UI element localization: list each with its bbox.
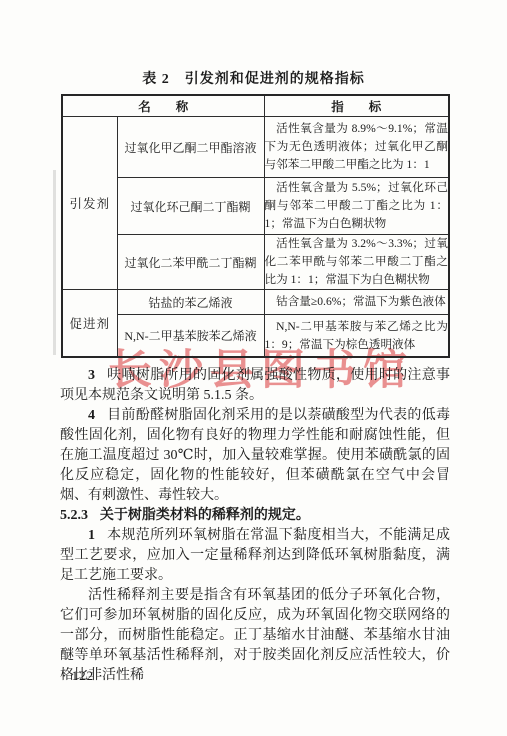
paragraph-text: 关于树脂类材料的稀释剂的规定。 (100, 508, 310, 523)
indicator-cell: 钴含量≥0.6%；常温下为紫色液体 (264, 290, 449, 315)
paragraph: 活性稀释剂主要是指含有环氧基团的低分子环氧化合物，它们可参加环氧树脂的固化反应，… (60, 586, 450, 686)
paragraph-text: 活性稀释剂主要是指含有环氧基团的低分子环氧化合物，它们可参加环氧树脂的固化反应，… (60, 588, 450, 683)
paragraph-text: 本规范所列环氧树脂在常温下黏度相当大，不能满足成型工艺要求，应加入一定量稀释剂达… (60, 528, 450, 583)
clause-number: 5.2.3 (60, 508, 88, 523)
paragraph: 1本规范所列环氧树脂在常温下黏度相当大，不能满足成型工艺要求，应加入一定量稀释剂… (60, 526, 450, 586)
spec-table: 名 称 指 标 引发剂过氧化甲乙酮二甲酯溶液活性氧含量为 8.9%～9.1%；常… (61, 94, 450, 358)
document-page: 表 2 引发剂和促进剂的规格指标 长沙县图书馆 名 称 指 标 引发剂过氧化甲乙… (0, 0, 507, 736)
body-text: 3呋喃树脂所用的固化剂属强酸性物质，使用时的注意事项见本规范条文说明第 5.1.… (60, 366, 450, 686)
table-row: 引发剂过氧化甲乙酮二甲酯溶液活性氧含量为 8.9%～9.1%；常温下为无色透明液… (62, 117, 449, 178)
paragraph-text: 呋喃树脂所用的固化剂属强酸性物质，使用时的注意事项见本规范条文说明第 5.1.5… (60, 368, 450, 403)
name-cell: 过氧化二苯甲酰二丁酯糊 (117, 235, 264, 290)
clause-number: 3 (88, 368, 95, 383)
indicator-cell: 活性氧含量为 5.5%；过氧化环己酮与邻苯二甲酸二丁酯之比为 1：1；常温下为白… (264, 178, 449, 235)
indicator-cell: 活性氧含量为 3.2%～3.3%；过氧化二苯甲酰与邻苯二甲酸二丁酯之比为 1：1… (264, 235, 449, 290)
group-label: 促进剂 (62, 290, 117, 358)
group-label: 引发剂 (62, 117, 117, 290)
table-row: 促进剂钴盐的苯乙烯液钴含量≥0.6%；常温下为紫色液体 (62, 290, 449, 315)
table-header-row: 名 称 指 标 (62, 95, 449, 117)
scan-gutter-artifact (53, 170, 56, 355)
paragraph: 3呋喃树脂所用的固化剂属强酸性物质，使用时的注意事项见本规范条文说明第 5.1.… (60, 366, 450, 406)
clause-number: 1 (88, 528, 95, 543)
clause-number: 4 (88, 408, 95, 423)
section-heading: 5.2.3关于树脂类材料的稀释剂的规定。 (60, 506, 450, 526)
paragraph-text: 目前酚醛树脂固化剂采用的是以萘磺酸型为代表的低毒酸性固化剂，固化物有良好的物理力… (60, 408, 450, 503)
table-row: 过氧化二苯甲酰二丁酯糊活性氧含量为 3.2%～3.3%；过氧化二苯甲酰与邻苯二甲… (62, 235, 449, 290)
name-cell: 过氧化环己酮二丁酯糊 (117, 178, 264, 235)
indicator-cell: 活性氧含量为 8.9%～9.1%；常温下为无色透明液体；过氧化甲乙酮与邻苯二甲酸… (264, 117, 449, 178)
name-cell: 过氧化甲乙酮二甲酯溶液 (117, 117, 264, 178)
table-row: N,N-二甲基苯胺苯乙烯液N,N-二甲基苯胺与苯乙烯之比为 1：9；常温下为棕色… (62, 315, 449, 358)
indicator-cell: N,N-二甲基苯胺与苯乙烯之比为 1：9；常温下为棕色透明液体 (264, 315, 449, 358)
name-cell: 钴盐的苯乙烯液 (117, 290, 264, 315)
col-header-name: 名 称 (62, 95, 264, 117)
table-row: 过氧化环己酮二丁酯糊活性氧含量为 5.5%；过氧化环己酮与邻苯二甲酸二丁酯之比为… (62, 178, 449, 235)
name-cell: N,N-二甲基苯胺苯乙烯液 (117, 315, 264, 358)
paragraph: 4目前酚醛树脂固化剂采用的是以萘磺酸型为代表的低毒酸性固化剂，固化物有良好的物理… (60, 406, 450, 506)
col-header-indicator: 指 标 (264, 95, 449, 117)
table-title: 表 2 引发剂和促进剂的规格指标 (0, 68, 507, 88)
